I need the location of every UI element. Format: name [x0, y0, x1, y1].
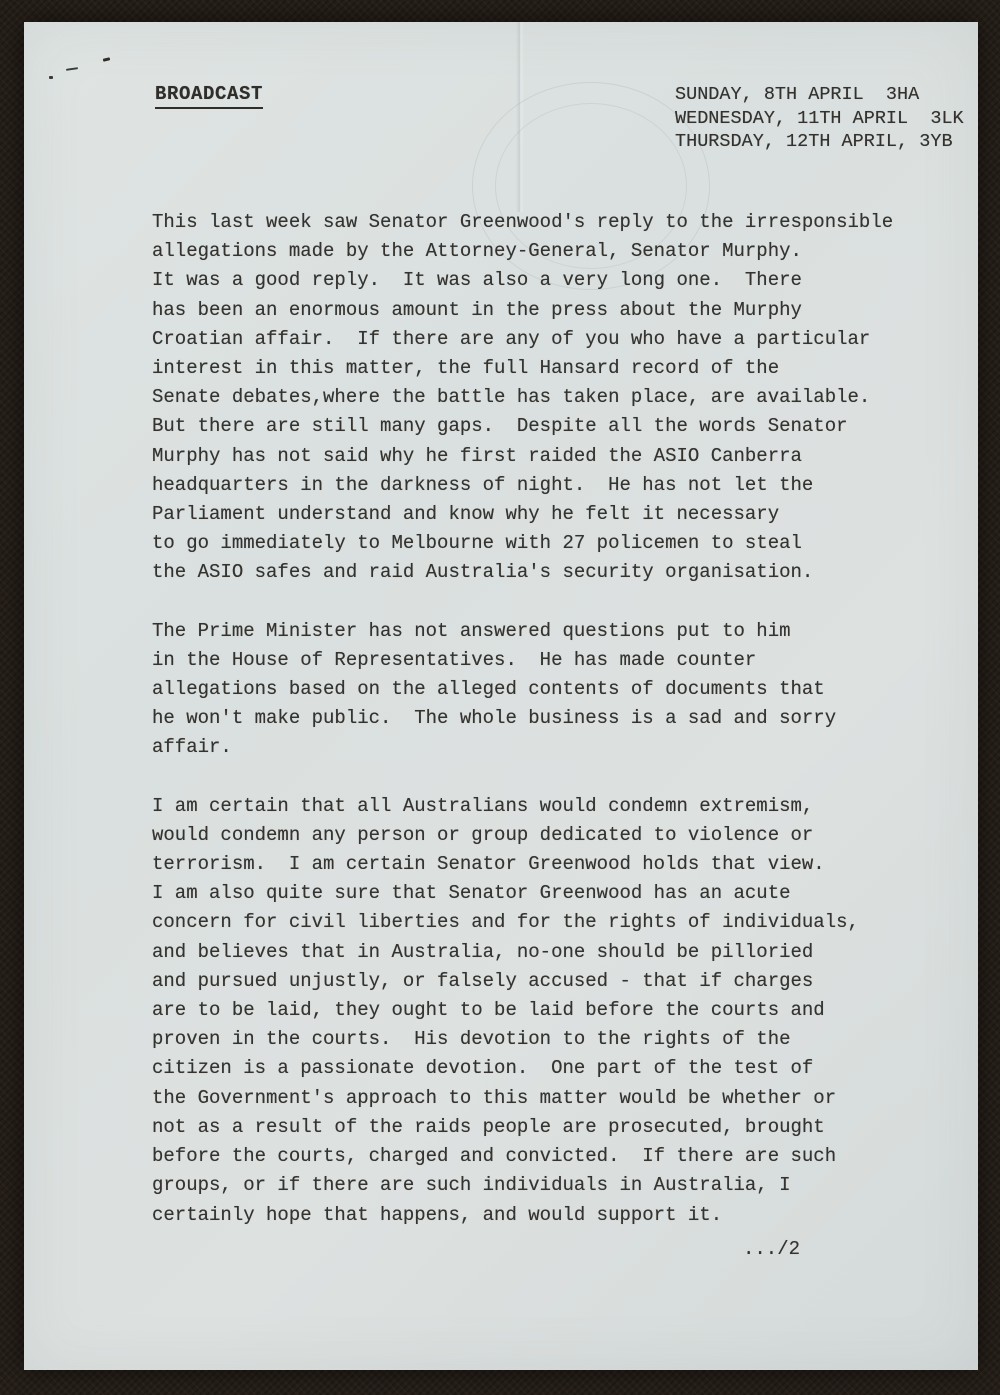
paper-crease [516, 22, 524, 212]
ink-speck [103, 57, 111, 62]
paragraph-3: I am certain that all Australians would … [152, 792, 952, 1230]
scan-background: { "page": { "background_color": "#261f19… [0, 0, 1000, 1395]
paragraph-2: The Prime Minister has not answered ques… [152, 617, 952, 763]
page-continuation-marker: .../2 [743, 1238, 800, 1260]
paragraph-1: This last week saw Senator Greenwood's r… [152, 208, 952, 588]
schedule-line-wednesday: WEDNESDAY, 11TH APRIL 3LK [675, 107, 964, 131]
document-body: This last week saw Senator Greenwood's r… [152, 208, 952, 1259]
document-page: BROADCAST SUNDAY, 8TH APRIL 3HA WEDNESDA… [24, 22, 978, 1370]
ink-speck [49, 76, 53, 79]
ink-speck [66, 67, 78, 71]
broadcast-schedule: SUNDAY, 8TH APRIL 3HA WEDNESDAY, 11TH AP… [675, 83, 964, 154]
schedule-line-thursday: THURSDAY, 12TH APRIL, 3YB [675, 130, 964, 154]
schedule-line-sunday: SUNDAY, 8TH APRIL 3HA [675, 83, 964, 107]
document-title: BROADCAST [155, 83, 263, 109]
